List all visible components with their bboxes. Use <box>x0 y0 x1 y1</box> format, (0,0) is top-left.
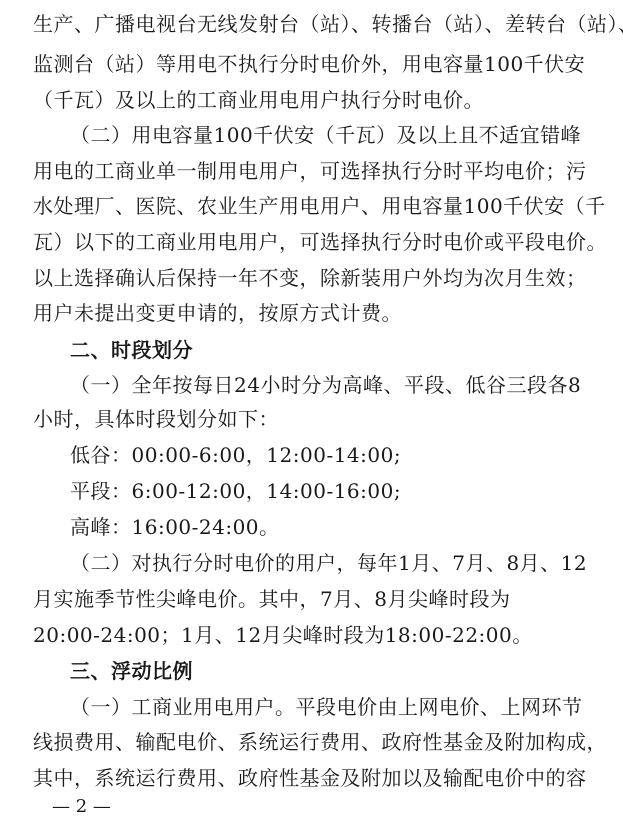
time-period-value: 6:00-12:00，14:00-16:00; <box>132 479 402 503</box>
paragraph-line: （一）全年按每日24小时分为高峰、平段、低谷三段各8 <box>70 373 558 397</box>
paragraph-line: 以上选择确认后保持一年不变，除新装用户外均为次月生效； <box>33 266 558 290</box>
paragraph-line: 线损费用、输配电价、系统运行费用、政府性基金及附加构成， <box>33 730 558 754</box>
paragraph-line: 20:00-24:00；1月、12月尖峰时段为18:00-22:00。 <box>33 623 558 647</box>
paragraph-line: （一）工商业用电用户。平段电价由上网电价、上网环节 <box>70 695 558 719</box>
paragraph-line: （二）用电容量100千伏安（千瓦）及以上且不适宜错峰 <box>70 123 558 147</box>
time-period-value: 16:00-24:00。 <box>132 515 280 539</box>
time-period-value: 00:00-6:00，12:00-14:00; <box>132 443 402 467</box>
paragraph-line: （千瓦）及以上的工商业用电用户执行分时电价。 <box>33 88 558 112</box>
time-period-label: 高峰： <box>70 515 132 539</box>
time-period-flat: 平段：6:00-12:00，14:00-16:00; <box>70 479 558 503</box>
paragraph-line: 瓦）以下的工商业用电用户，可选择执行分时电价或平段电价。 <box>33 230 558 254</box>
paragraph-line: 水处理厂、医院、农业生产用电用户、用电容量100千伏安（千 <box>33 194 558 218</box>
time-period-offpeak: 低谷：00:00-6:00，12:00-14:00; <box>70 443 558 467</box>
time-period-peak: 高峰：16:00-24:00。 <box>70 515 558 539</box>
time-period-label: 低谷： <box>70 443 132 467</box>
paragraph-line: 用电的工商业单一制用电用户，可选择执行分时平均电价；污 <box>33 159 558 183</box>
paragraph-line: （二）对执行分时电价的用户，每年1月、7月、8月、12 <box>70 551 558 575</box>
paragraph-line: 其中，系统运行费用、政府性基金及附加以及输配电价中的容 <box>33 766 558 790</box>
paragraph-line: 月实施季节性尖峰电价。其中，7月、8月尖峰时段为 <box>33 587 558 611</box>
page-number: — 2 — <box>52 796 111 818</box>
section-heading: 三、浮动比例 <box>70 659 558 683</box>
paragraph-line: 生产、广播电视台无线发射台（站）、转播台（站）、差转台（站）、 <box>33 12 558 36</box>
paragraph-line: 用户未提出变更申请的，按原方式计费。 <box>33 301 558 325</box>
section-heading: 二、时段划分 <box>70 338 558 362</box>
paragraph-line: 监测台（站）等用电不执行分时电价外，用电容量100千伏安 <box>33 52 558 76</box>
paragraph-line: 小时，具体时段划分如下： <box>33 407 558 431</box>
time-period-label: 平段： <box>70 479 132 503</box>
